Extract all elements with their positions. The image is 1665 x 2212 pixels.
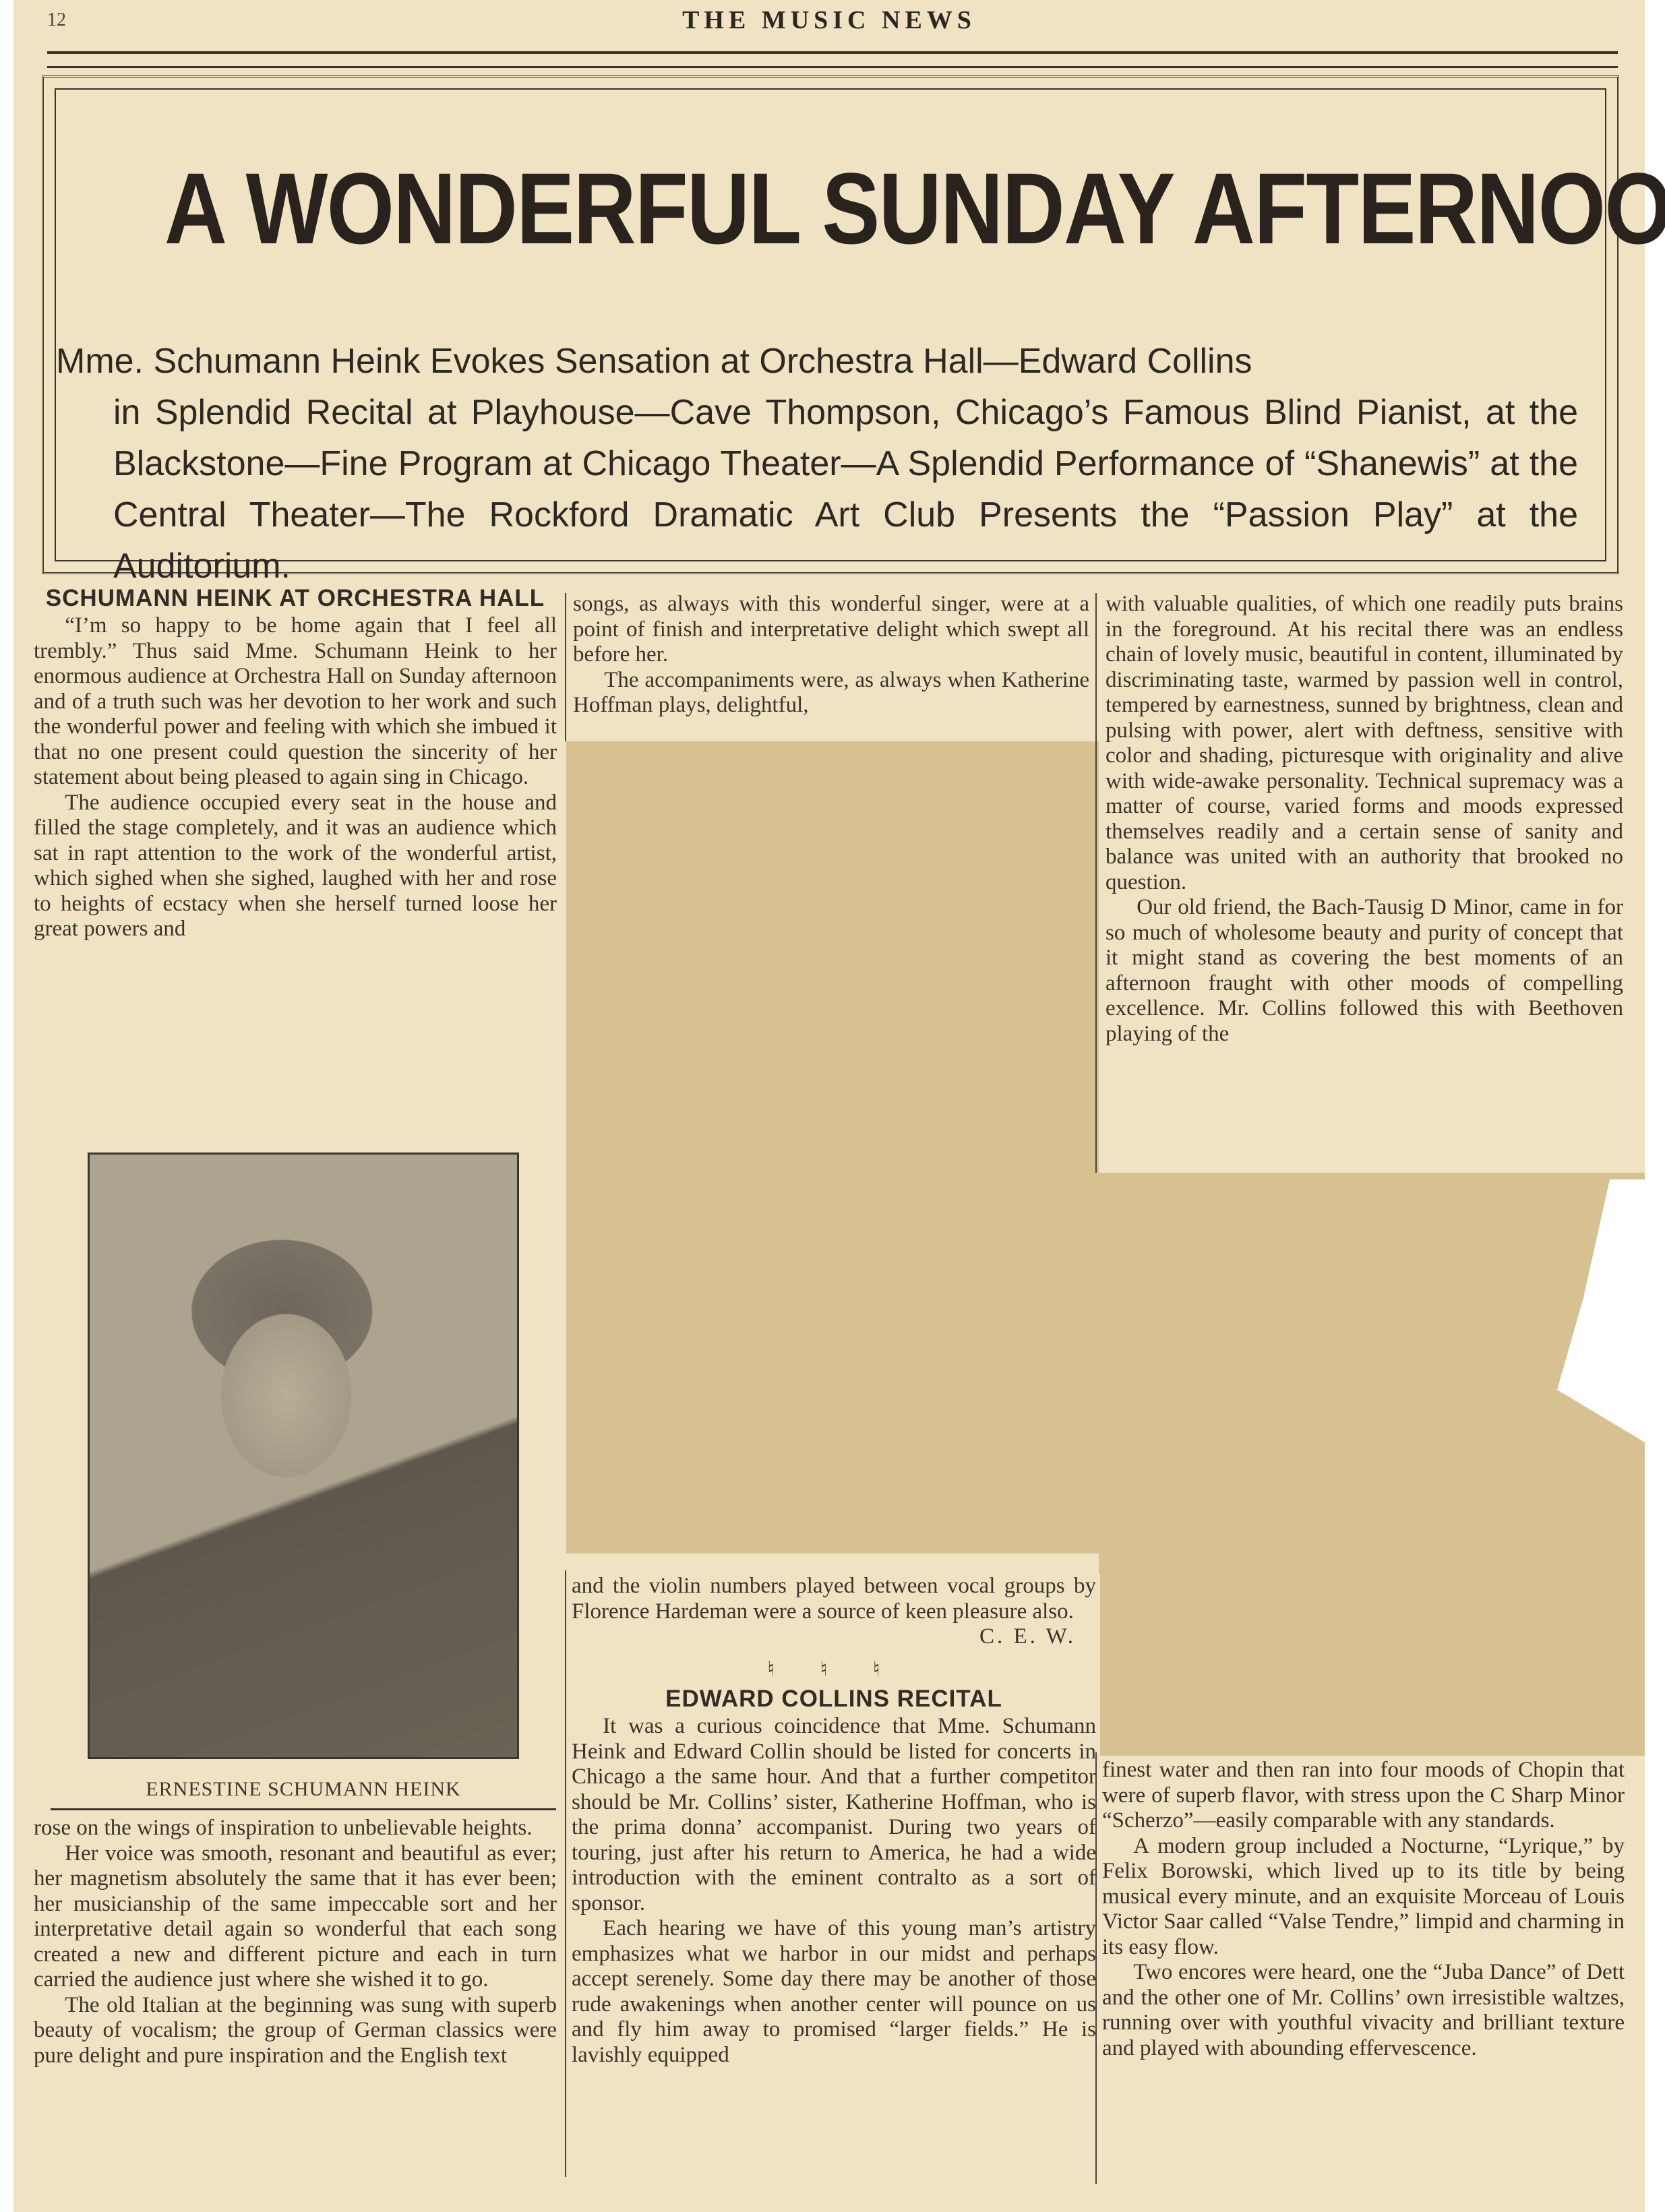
paragraph: finest water and then ran into four mood… [1102, 1758, 1625, 1834]
paragraph: The old Italian at the beginning was sun… [34, 1993, 557, 2069]
paragraph: It was a curious coincidence that Mme. S… [572, 1714, 1096, 1916]
photo-caption: ERNESTINE SCHUMANN HEINK [54, 1778, 553, 1801]
portrait-photo-ernestine-schumann-heink [88, 1153, 519, 1759]
newspaper-page: 12 THE MUSIC NEWS A WONDERFUL SUNDAY AFT… [13, 0, 1645, 2212]
column-divider [1095, 593, 1097, 1173]
paragraph: A modern group included a Nocturne, “Lyr… [1102, 1834, 1625, 1961]
paragraph: songs, as always with this wonderful sin… [573, 592, 1089, 668]
column-divider [565, 1570, 566, 2177]
column-divider [565, 593, 566, 741]
column-1-bottom: rose on the wings of inspiration to unbe… [34, 1816, 557, 2068]
main-headline: A WONDERFUL SUNDAY AFTERNOON [164, 150, 1496, 267]
paragraph: “I’m so happy to be home again that I fe… [34, 613, 557, 791]
column-1-top: SCHUMANN HEINK AT ORCHESTRA HALL “I’m so… [34, 584, 557, 942]
publication-masthead: THE MUSIC NEWS [13, 5, 1645, 35]
paragraph: and the violin numbers played between vo… [572, 1574, 1096, 1624]
column-2-top: songs, as always with this wonderful sin… [573, 592, 1089, 718]
backing-paper-right [1099, 1173, 1645, 1756]
deck-first-line: Mme. Schumann Heink Evokes Sensation at … [56, 336, 1578, 387]
headline-box: A WONDERFUL SUNDAY AFTERNOON Mme. Schuma… [42, 75, 1619, 574]
masthead-rule [47, 51, 1618, 54]
author-signature: C. E. W. [572, 1624, 1096, 1650]
headline-deck: Mme. Schumann Heink Evokes Sensation at … [113, 336, 1578, 592]
paragraph: Each hearing we have of this young man’s… [572, 1916, 1096, 2068]
paragraph: Our old friend, the Bach-Tausig D Minor,… [1106, 895, 1623, 1047]
natural-sign-divider-icon: ♮ ♮ ♮ [572, 1657, 1096, 1682]
paragraph: Two encores were heard, one the “Juba Da… [1102, 1960, 1625, 2061]
column-3-top: with valuable qualities, of which one re… [1106, 592, 1623, 1047]
column-3-bottom: finest water and then ran into four mood… [1102, 1758, 1625, 2061]
paragraph: rose on the wings of inspiration to unbe… [34, 1816, 557, 1841]
column-2-bottom: and the violin numbers played between vo… [568, 1574, 1100, 2068]
headline-box-inner: A WONDERFUL SUNDAY AFTERNOON Mme. Schuma… [55, 88, 1606, 561]
deck-remaining: in Splendid Recital at Playhouse—Cave Th… [56, 387, 1578, 592]
paragraph: The accompaniments were, as always when … [573, 668, 1089, 718]
paragraph: with valuable qualities, of which one re… [1106, 592, 1623, 895]
article-heading-edward-collins: EDWARD COLLINS RECITAL [572, 1684, 1096, 1714]
article-heading-schumann-heink: SCHUMANN HEINK AT ORCHESTRA HALL [34, 584, 557, 613]
masthead-rule-thin [47, 66, 1618, 68]
paragraph: Her voice was smooth, resonant and beaut… [34, 1841, 557, 1993]
caption-rule [51, 1808, 556, 1810]
backing-paper-middle [566, 741, 1099, 1554]
column-divider [1095, 1752, 1097, 2184]
paragraph: The audience occupied every seat in the … [34, 791, 557, 942]
